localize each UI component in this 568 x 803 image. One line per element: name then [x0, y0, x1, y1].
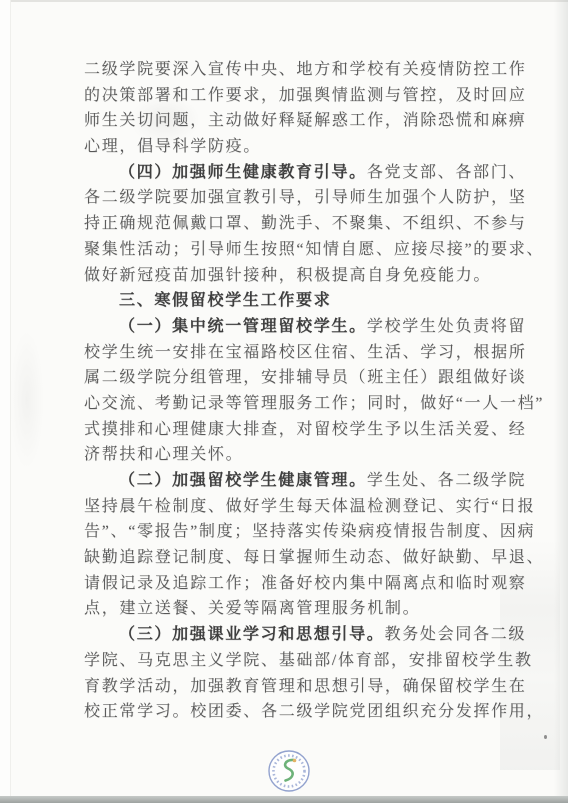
text-line: 心理，倡导科学防疫。: [84, 134, 520, 160]
line-text: 心交流、考勤记录等管理服务工作；同时，做好“一人一档”: [84, 395, 544, 412]
text-line: 二级学院要深入宣传中央、地方和学校有关疫情防控工作: [84, 57, 520, 83]
scan-edge-right: [554, 0, 568, 803]
seal-accent-dot-icon: [293, 759, 297, 763]
text-line: 师生关切问题，主动做好释疑解惑工作，消除恐慌和麻痹: [84, 108, 520, 134]
paragraph-heading-line: （四）加强师生健康教育引导。各党支部、各部门、: [84, 160, 520, 186]
text-line: 缺勤追踪登记制度、每日掌握师生动态、做好缺勤、早退、: [84, 545, 520, 571]
line-text: 持正确规范佩戴口罩、勤洗手、不聚集、不组织、不参与: [84, 215, 527, 232]
line-text: 属二级学院分组管理，安排辅导员（班主任）跟组做好谈: [84, 369, 527, 386]
text-line: 点，建立送餐、关爱等隔离管理服务机制。: [84, 596, 520, 622]
paragraph-heading-line: （二）加强留校学生健康管理。学生处、各二级学院: [84, 468, 520, 494]
school-seal-stamp: [267, 749, 311, 793]
line-text: 告”、“零报告”制度；坚持落实传染病疫情报告制度、因病: [84, 523, 535, 540]
text-line: 持正确规范佩戴口罩、勤洗手、不聚集、不组织、不参与: [84, 211, 520, 237]
line-text: 做好新冠疫苗加强针接种，积极提高自身免疫能力。: [84, 267, 491, 284]
line-text: 学院、马克思主义学院、基础部/体育部，安排留校学生教: [84, 652, 533, 669]
line-text: 聚集性活动；引导师生按照“知情自愿、应接尽接”的要求、: [84, 241, 544, 258]
line-text: 式摸排和心理健康大排查，对留校学生予以生活关爱、经: [84, 421, 527, 438]
line-bold: 三、寒假留校学生工作要求: [119, 292, 331, 309]
line-text: 济帮扶和心理关怀。: [84, 446, 243, 463]
line-bold: （二）加强留校学生健康管理。: [119, 472, 367, 489]
line-text: 各二级学院要加强宣教引导，引导师生加强个人防护，坚: [84, 189, 527, 206]
line-text: 教务处会同各二级: [385, 626, 527, 643]
line-text: 缺勤追踪登记制度、每日掌握师生动态、做好缺勤、早退、: [84, 549, 544, 566]
text-line: 的决策部署和工作要求，加强舆情监测与管控，及时回应: [84, 83, 520, 109]
text-line: 校正常学习。校团委、各二级学院党团组织充分发挥作用，: [84, 699, 520, 725]
text-line: 做好新冠疫苗加强针接种，积极提高自身免疫能力。: [84, 263, 520, 289]
line-text: 育教学活动，加强教育管理和思想引导，确保留校学生在: [84, 678, 527, 695]
scan-edge-left: [0, 0, 11, 803]
scan-edge-top: [0, 0, 568, 2]
line-text: 二级学院要深入宣传中央、地方和学校有关疫情防控工作: [84, 61, 527, 78]
line-bold: （一）集中统一管理留校学生。: [119, 318, 367, 335]
line-text: 的决策部署和工作要求，加强舆情监测与管控，及时回应: [84, 87, 527, 104]
section-heading-line: 三、寒假留校学生工作要求: [84, 288, 520, 314]
scan-smudge: [10, 330, 44, 470]
text-line: 告”、“零报告”制度；坚持落实传染病疫情报告制度、因病: [84, 519, 520, 545]
paragraph-heading-line: （一）集中统一管理留校学生。学校学生处负责将留: [84, 314, 520, 340]
line-bold: （四）加强师生健康教育引导。: [119, 164, 367, 181]
line-text: 心理，倡导科学防疫。: [84, 138, 261, 155]
text-line: 心交流、考勤记录等管理服务工作；同时，做好“一人一档”: [84, 391, 520, 417]
text-line: 式摸排和心理健康大排查，对留校学生予以生活关爱、经: [84, 417, 520, 443]
line-text: 校正常学习。校团委、各二级学院党团组织充分发挥作用，: [84, 703, 544, 720]
line-bold: （三）加强课业学习和思想引导。: [119, 626, 385, 643]
text-line: 校学生统一安排在宝福路校区住宿、生活、学习，根据所: [84, 340, 520, 366]
text-line: 各二级学院要加强宣教引导，引导师生加强个人防护，坚: [84, 185, 520, 211]
line-text: 师生关切问题，主动做好释疑解惑工作，消除恐慌和麻痹: [84, 112, 527, 129]
scan-edge-bottom-bar: [0, 796, 568, 803]
line-text: 请假记录及追踪工作；准备好校内集中隔离点和临时观察: [84, 575, 527, 592]
line-text: 点，建立送餐、关爱等隔离管理服务机制。: [84, 600, 420, 617]
text-line: 济帮扶和心理关怀。: [84, 442, 520, 468]
text-line: 聚集性活动；引导师生按照“知情自愿、应接尽接”的要求、: [84, 237, 520, 263]
line-text: 校学生统一安排在宝福路校区住宿、生活、学习，根据所: [84, 344, 527, 361]
document-body: 二级学院要深入宣传中央、地方和学校有关疫情防控工作 的决策部署和工作要求，加强舆…: [84, 57, 520, 725]
line-text: 学校学生处负责将留: [367, 318, 526, 335]
text-line: 坚持晨午检制度、做好学生每天体温检测登记、实行“日报: [84, 494, 520, 520]
line-text: 坚持晨午检制度、做好学生每天体温检测登记、实行“日报: [84, 498, 535, 515]
paragraph-heading-line: （三）加强课业学习和思想引导。教务处会同各二级: [84, 622, 520, 648]
seal-outer-ring-icon: [269, 751, 309, 791]
text-line: 请假记录及追踪工作；准备好校内集中隔离点和临时观察: [84, 571, 520, 597]
line-text: 学生处、各二级学院: [367, 472, 526, 489]
scan-speck: [544, 735, 547, 739]
document-page: 二级学院要深入宣传中央、地方和学校有关疫情防控工作 的决策部署和工作要求，加强舆…: [0, 0, 568, 803]
text-line: 育教学活动，加强教育管理和思想引导，确保留校学生在: [84, 674, 520, 700]
line-text: 各党支部、各部门、: [367, 164, 526, 181]
text-line: 属二级学院分组管理，安排辅导员（班主任）跟组做好谈: [84, 365, 520, 391]
text-line: 学院、马克思主义学院、基础部/体育部，安排留校学生教: [84, 648, 520, 674]
